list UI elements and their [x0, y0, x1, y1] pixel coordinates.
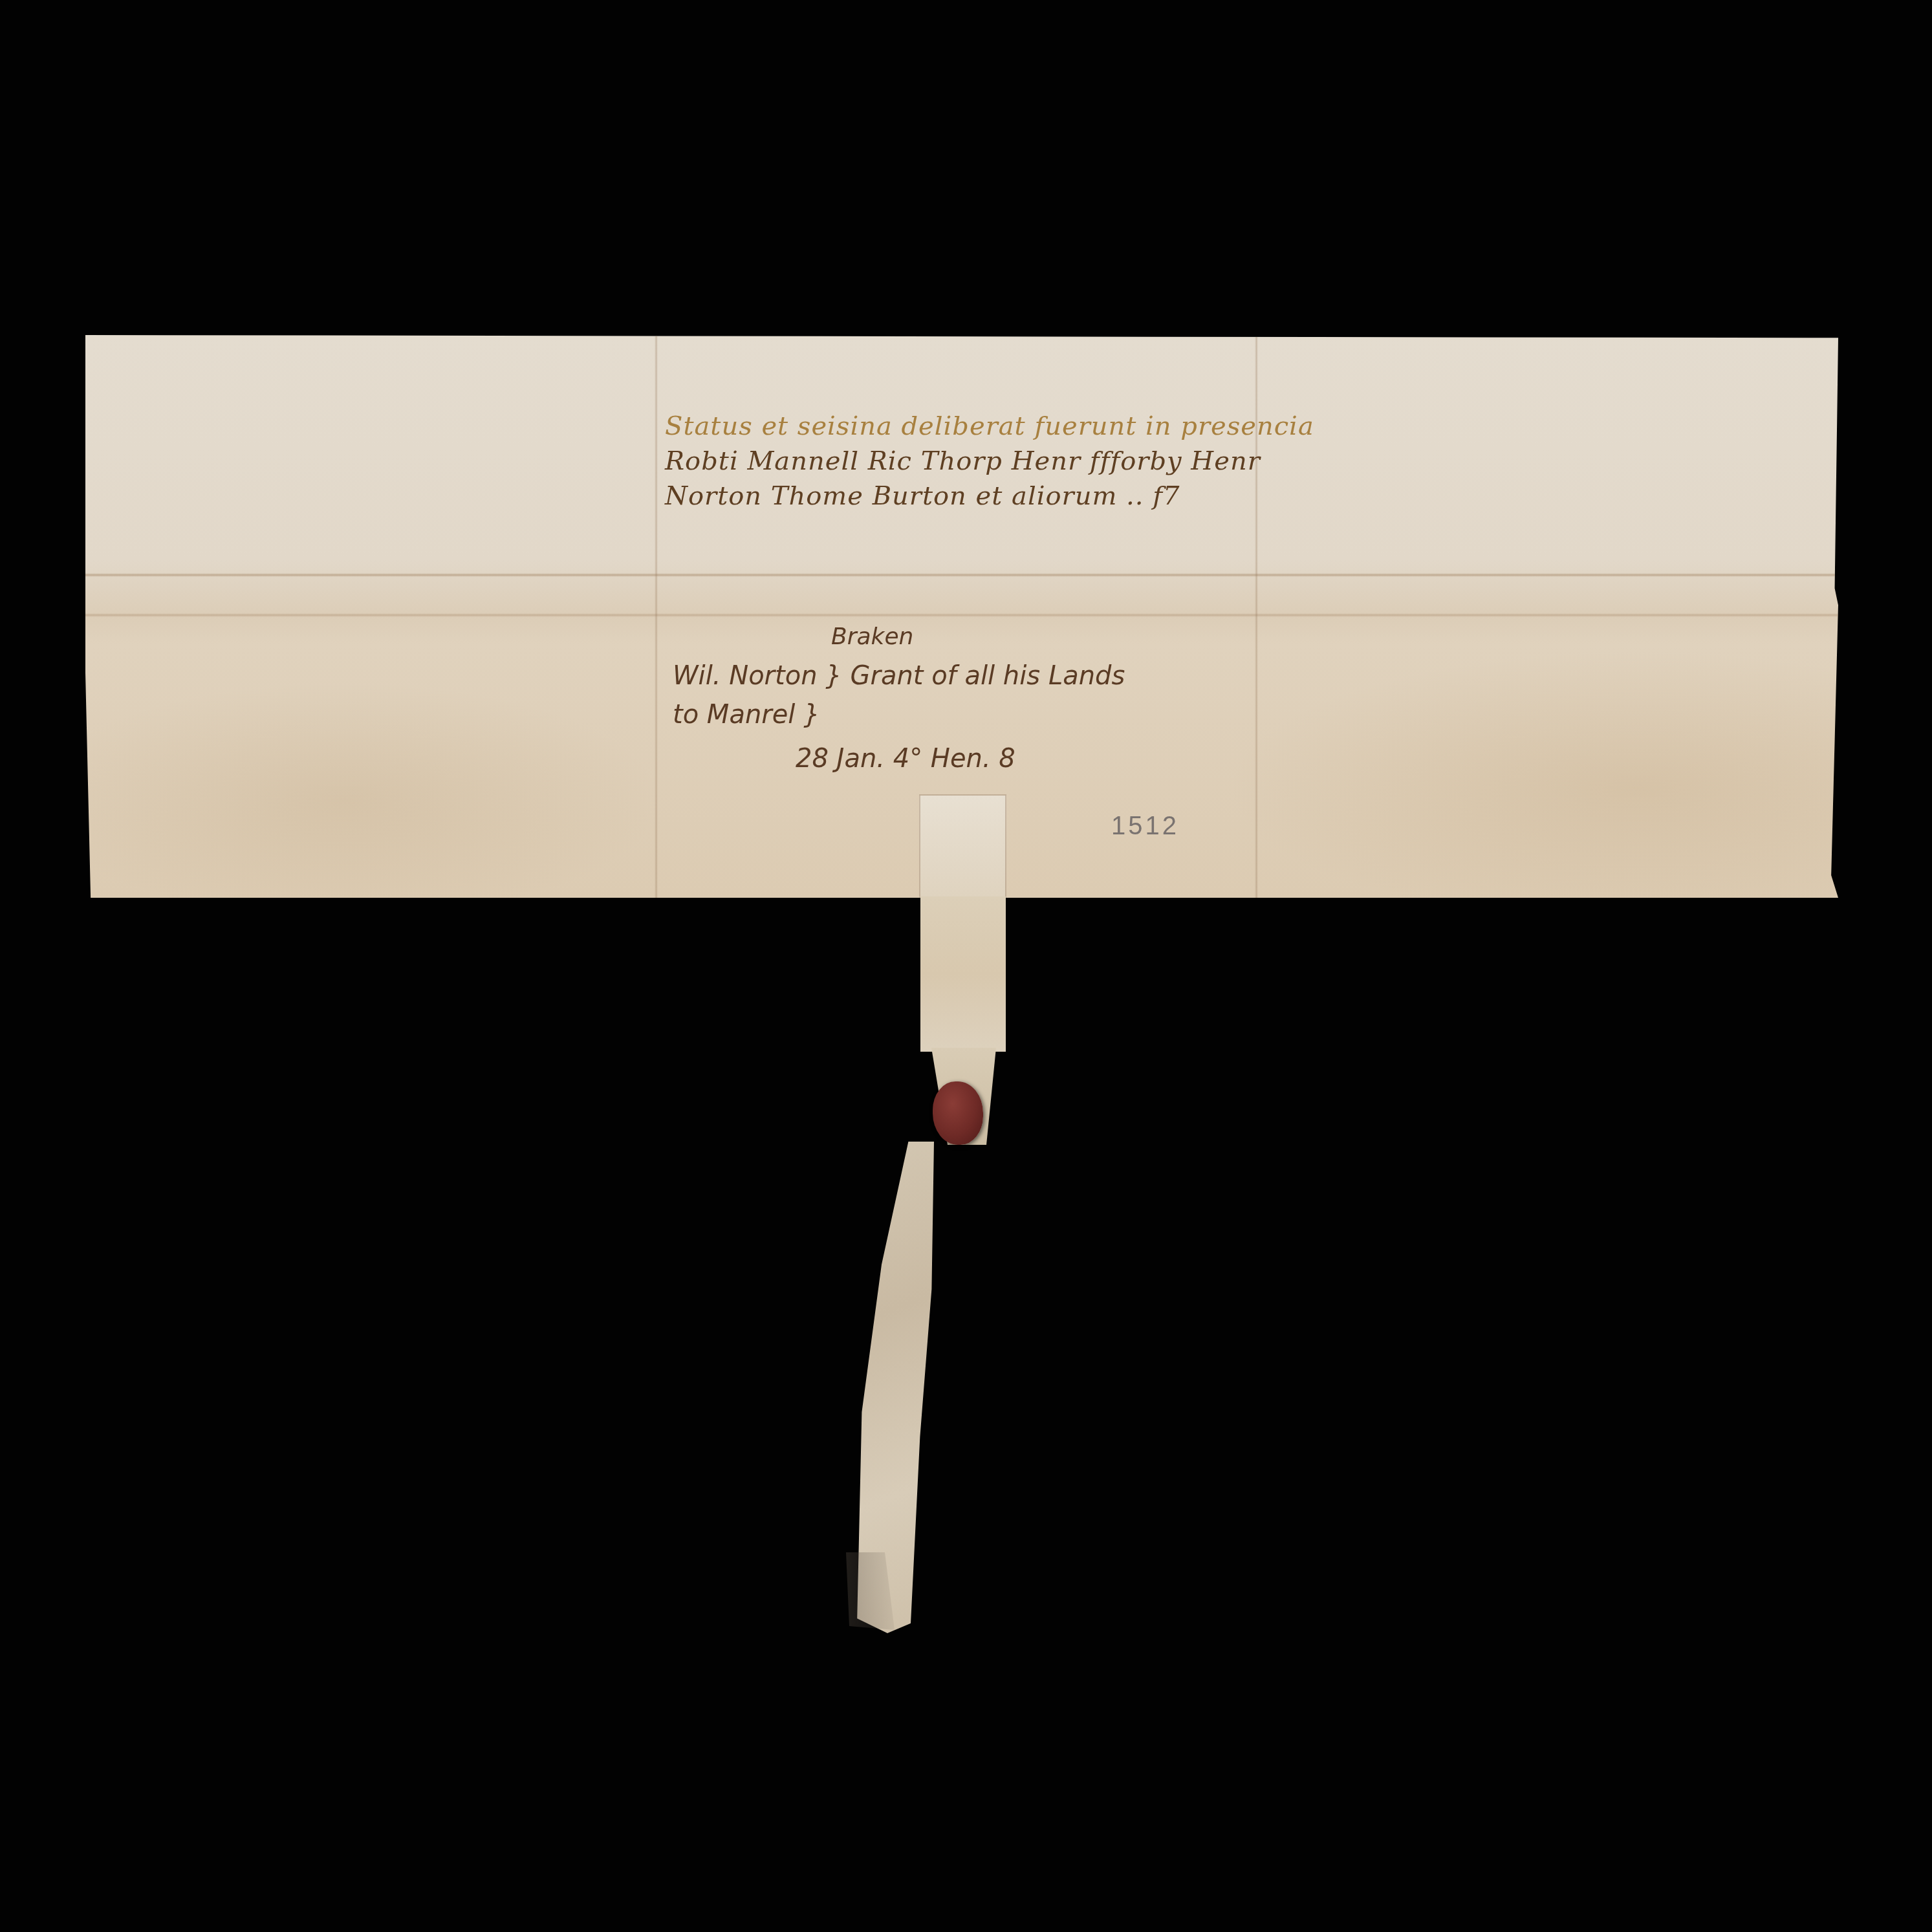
vertical-fold: [655, 335, 658, 898]
later-endorsement: Braken Wil. Norton } Grant of all his La…: [673, 618, 1125, 778]
medieval-endorsement: Status et seisina deliberat fuerunt in p…: [665, 409, 1314, 514]
endorsement-line: Norton Thome Burton et aliorum .. f7: [665, 479, 1314, 514]
wax-seal: [933, 1081, 983, 1145]
endorsement-line: Wil. Norton } Grant of all his Lands: [673, 657, 1125, 695]
horizontal-fold: [85, 573, 1838, 577]
endorsement-superscript: Braken: [673, 618, 1125, 657]
seal-tag-slot: [919, 794, 1006, 898]
endorsement-line: to Manrel }: [673, 695, 1125, 734]
endorsement-date: 28 Jan. 4° Hen. 8: [673, 739, 1125, 778]
pencil-year-note: 1512: [1111, 812, 1179, 841]
image-stage: Status et seisina deliberat fuerunt in p…: [0, 0, 1932, 1932]
horizontal-fold: [85, 613, 1838, 617]
seal-tag: [920, 896, 1006, 1052]
endorsement-line: Robti Mannell Ric Thorp Henr ffforby Hen…: [665, 444, 1314, 479]
endorsement-line: Status et seisina deliberat fuerunt in p…: [665, 409, 1314, 444]
